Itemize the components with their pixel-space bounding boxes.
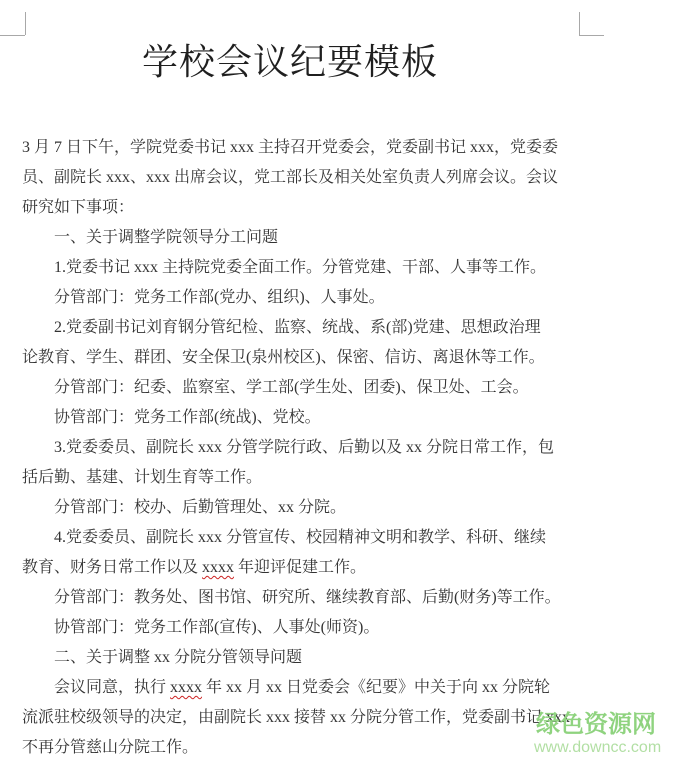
document-line: 员、副院长 xxx、xxx 出席会议，党工部长及相关处室负责人列席会议。会议 [22,163,558,193]
line-text: 会议同意，执行 [54,679,170,696]
document-line: 3 月 7 日下午，学院党委书记 xxx 主持召开党委会，党委副书记 xxx，党… [22,133,558,163]
document-line: 研究如下事项： [22,193,558,223]
document-line: 会议同意，执行 xxxx 年 xx 月 xx 日党委会《纪要》中关于向 xx 分… [22,673,558,703]
document-line: 分管部门：教务处、图书馆、研究所、继续教育部、后勤(财务)等工作。 [22,583,558,613]
margin-mark-top-left-vertical [25,12,26,35]
document-page: 学校会议纪要模板 3 月 7 日下午，学院党委书记 xxx 主持召开党委会，党委… [0,0,676,769]
document-line-section-heading: 二、关于调整 xx 分院分管领导问题 [22,643,558,673]
document-line: 分管部门：党务工作部(党办、组织)、人事处。 [22,283,558,313]
document-line: 2.党委副书记刘育钢分管纪检、监察、统战、系(部)党建、思想政治理 [22,313,558,343]
document-line: 不再分管慈山分院工作。 [22,733,558,763]
margin-mark-top-right-vertical [579,12,580,35]
margin-mark-top-left-horizontal [0,35,25,36]
document-line: 分管部门：校办、后勤管理处、xx 分院。 [22,493,558,523]
document-line: 流派驻校级领导的决定，由副院长 xxx 接替 xx 分院分管工作，党委副书记 x… [22,703,558,733]
document-line-section-heading: 一、关于调整学院领导分工问题 [22,223,558,253]
document-line: 协管部门：党务工作部(统战)、党校。 [22,403,558,433]
document-line: 4.党委委员、副院长 xxx 分管宣传、校园精神文明和教学、科研、继续 [22,523,558,553]
line-text: 教育、财务日常工作以及 [22,559,202,576]
document-line: 分管部门：纪委、监察室、学工部(学生处、团委)、保卫处、工会。 [22,373,558,403]
document-body: 3 月 7 日下午，学院党委书记 xxx 主持召开党委会，党委副书记 xxx，党… [22,133,558,763]
misspelled-word: xxxx [202,559,234,576]
margin-mark-top-right-horizontal [579,35,604,36]
document-line: 括后勤、基建、计划生育等工作。 [22,463,558,493]
document-line: 1.党委书记 xxx 主持院党委全面工作。分管党建、干部、人事等工作。 [22,253,558,283]
line-text: 年 xx 月 xx 日党委会《纪要》中关于向 xx 分院轮 [202,679,550,696]
document-line: 协管部门：党务工作部(宣传)、人事处(师资)。 [22,613,558,643]
document-title: 学校会议纪要模板 [22,40,558,84]
document-line: 论教育、学生、群团、安全保卫(泉州校区)、保密、信访、离退休等工作。 [22,343,558,373]
line-text: 年迎评促建工作。 [234,559,366,576]
document-line: 3.党委委员、副院长 xxx 分管学院行政、后勤以及 xx 分院日常工作，包 [22,433,558,463]
misspelled-word: xxxx [170,679,202,696]
document-line: 教育、财务日常工作以及 xxxx 年迎评促建工作。 [22,553,558,583]
